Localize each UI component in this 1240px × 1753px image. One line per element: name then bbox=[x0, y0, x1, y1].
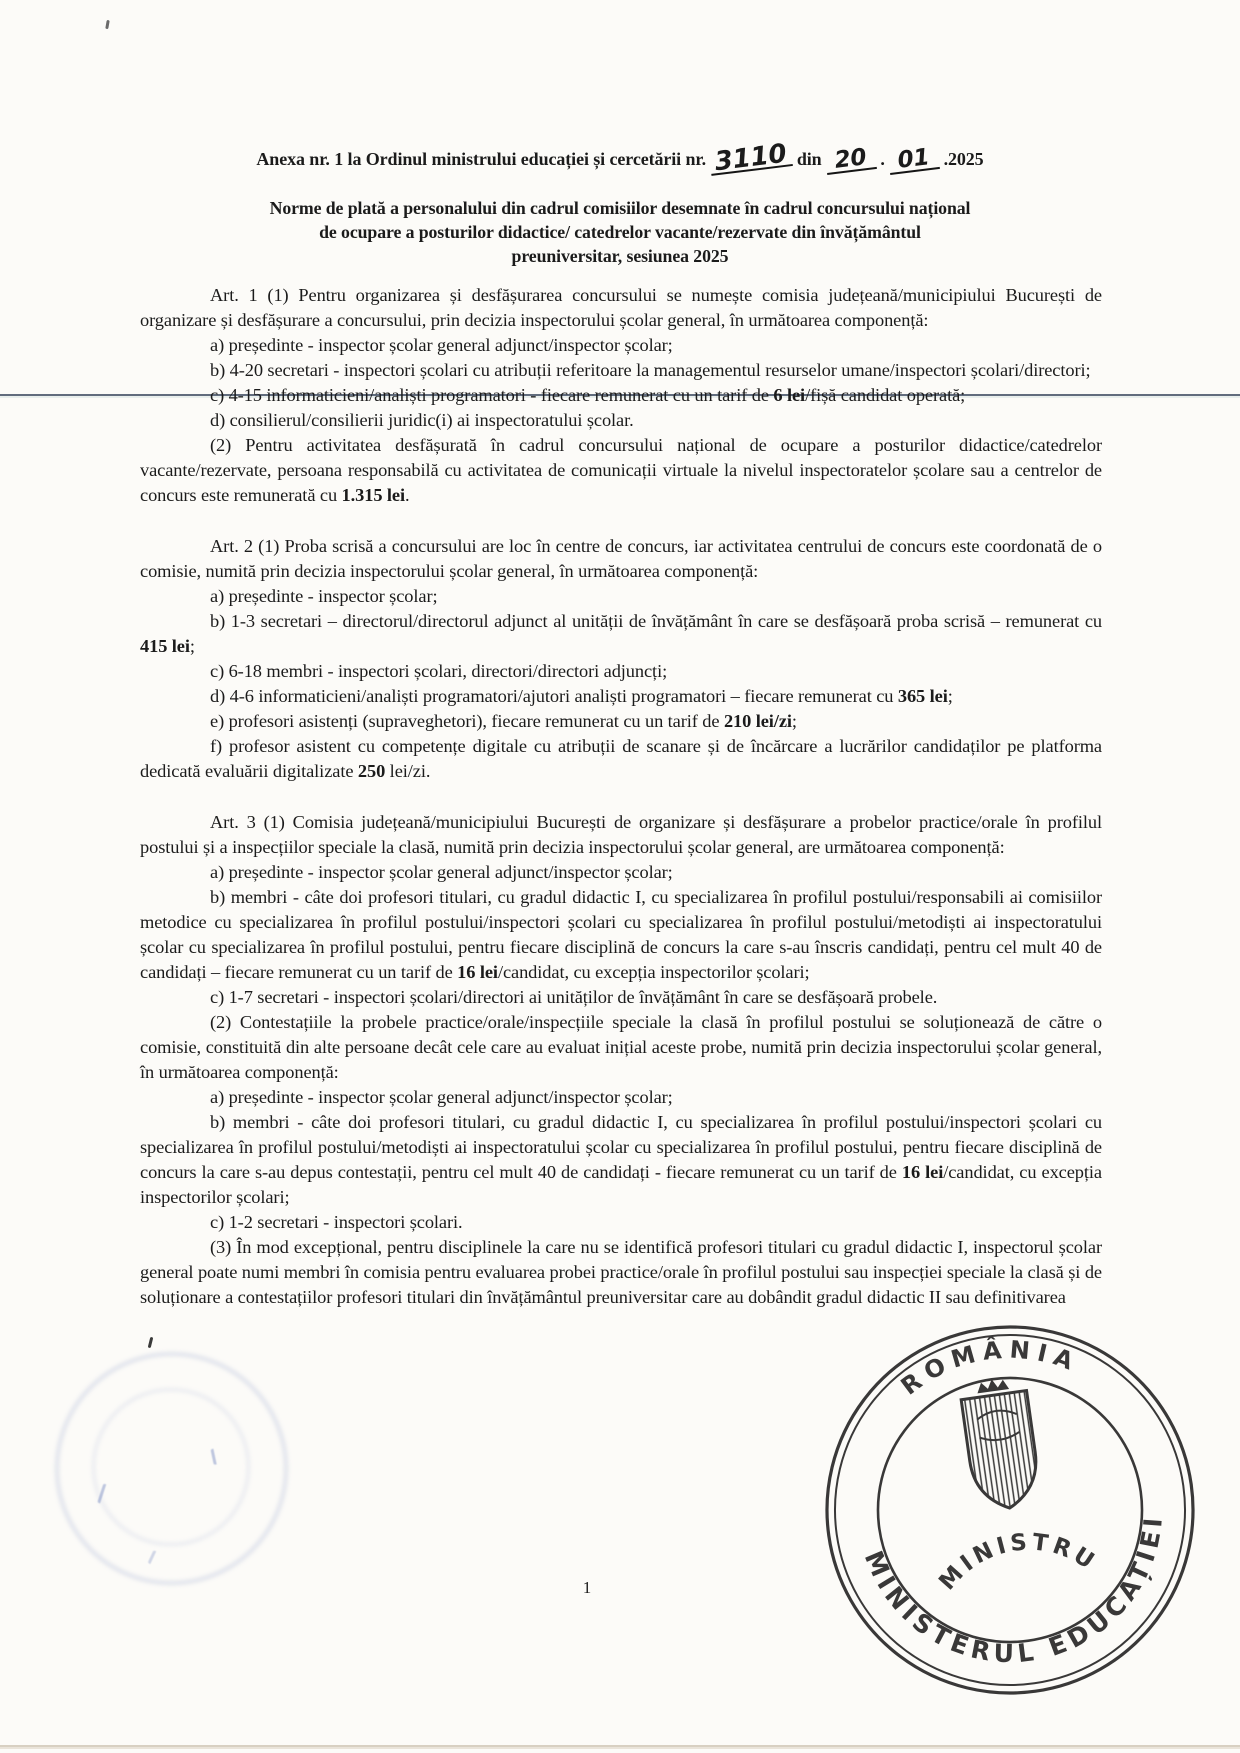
document-header: Anexa nr. 1 la Ordinul ministrului educa… bbox=[0, 146, 1240, 171]
handwritten-order-number: 3110 bbox=[709, 142, 793, 176]
header-dot: . bbox=[880, 149, 884, 169]
paragraph: c) 1-7 secretari - inspectori școlari/di… bbox=[140, 985, 1102, 1010]
faded-blue-stamp-icon bbox=[55, 1352, 288, 1585]
coat-of-arms-icon bbox=[959, 1375, 1042, 1513]
paragraph: a) președinte - inspector școlar general… bbox=[140, 1085, 1102, 1110]
paragraph: c) 4-15 informaticieni/analiști programa… bbox=[140, 383, 1102, 408]
document-page: Anexa nr. 1 la Ordinul ministrului educa… bbox=[0, 0, 1240, 1753]
paragraph: f) profesor asistent cu competențe digit… bbox=[140, 734, 1102, 784]
paragraph: Art. 3 (1) Comisia județeană/municipiulu… bbox=[140, 810, 1102, 860]
paragraph: d) consilierul/consilierii juridic(i) ai… bbox=[140, 408, 1102, 433]
paragraph: a) președinte - inspector școlar general… bbox=[140, 860, 1102, 885]
paragraph: b) membri - câte doi profesori titulari,… bbox=[140, 885, 1102, 985]
ministry-round-stamp-icon: ROMÂNIA MINISTERUL EDUCAȚIEI MINISTRU bbox=[818, 1298, 1202, 1722]
faded-blue-stamp-inner-icon bbox=[92, 1388, 250, 1546]
scan-speck bbox=[105, 20, 110, 29]
paragraph: c) 6-18 membri - inspectori școlari, dir… bbox=[140, 659, 1102, 684]
paragraph: Art. 2 (1) Proba scrisă a concursului ar… bbox=[140, 534, 1102, 584]
header-din-label: din bbox=[797, 149, 822, 169]
paragraph: d) 4-6 informaticieni/analiști programat… bbox=[140, 684, 1102, 709]
paragraph: a) președinte - inspector școlar general… bbox=[140, 333, 1102, 358]
paragraph: (2) Pentru activitatea desfășurată în ca… bbox=[140, 433, 1102, 508]
title-line-3: preuniversitar, sesiunea 2025 bbox=[0, 244, 1240, 268]
paragraph: Art. 1 (1) Pentru organizarea și desfășu… bbox=[140, 283, 1102, 333]
header-prefix: Anexa nr. 1 la Ordinul ministrului educa… bbox=[256, 149, 706, 169]
stray-ink-mark bbox=[148, 1337, 154, 1348]
title-line-1: Norme de plată a personalului din cadrul… bbox=[0, 196, 1240, 220]
blue-ink-mark bbox=[148, 1550, 165, 1568]
paragraph: c) 1-2 secretari - inspectori școlari. bbox=[140, 1210, 1102, 1235]
paragraph: (2) Contestațiile la probele practice/or… bbox=[140, 1010, 1102, 1085]
document-title: Norme de plată a personalului din cadrul… bbox=[0, 196, 1240, 268]
handwritten-month: 01 bbox=[888, 147, 940, 174]
paragraph: a) președinte - inspector școlar; bbox=[140, 584, 1102, 609]
document-body: Art. 1 (1) Pentru organizarea și desfășu… bbox=[140, 283, 1102, 1310]
blue-ink-mark bbox=[97, 1483, 116, 1506]
stamp-inner-text: MINISTRU bbox=[929, 1519, 1104, 1598]
paragraph: b) 1-3 secretari – directorul/directorul… bbox=[140, 609, 1102, 659]
header-year: .2025 bbox=[944, 149, 984, 169]
scan-bottom-edge bbox=[0, 1745, 1240, 1747]
title-line-2: de ocupare a posturilor didactice/ cated… bbox=[0, 220, 1240, 244]
blue-ink-mark bbox=[210, 1447, 224, 1465]
paragraph: e) profesori asistenți (supraveghetori),… bbox=[140, 709, 1102, 734]
paragraph: b) membri - câte doi profesori titulari,… bbox=[140, 1110, 1102, 1210]
paragraph: b) 4-20 secretari - inspectori școlari c… bbox=[140, 358, 1102, 383]
handwritten-day: 20 bbox=[825, 147, 877, 174]
